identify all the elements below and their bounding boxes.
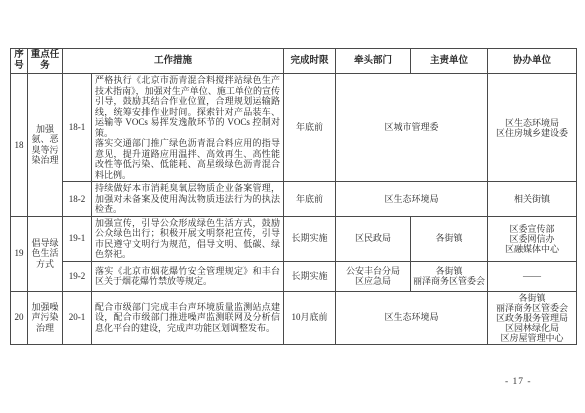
cell-measure: 加强宣传，引导公众形成绿色生活方式，鼓励公众绿色出行；积极开展文明祭祀宣传，引导… [92,216,284,261]
cell-sub-no: 19-1 [63,216,92,261]
page-number: - 17 - [505,377,532,387]
cell-main: 各街镇 [411,216,488,261]
cell-task: 倡导绿色生活方式 [28,216,63,291]
cell-sub-no: 19-2 [63,261,92,291]
col-header-main: 主责单位 [411,49,488,74]
table-row: 19 倡导绿色生活方式 19-1 加强宣传，引导公众形成绿色生活方式，鼓励公众绿… [11,216,577,261]
cell-deadline: 长期实施 [284,261,336,291]
cell-main: 各街镇 丽泽商务区管委会 [411,261,488,291]
cell-measure: 严格执行《北京市沥青混合料搅拌站绿色生产技术指南》，加强对生产单位、施工单位的宣… [92,74,284,182]
cell-assist: 各街镇 丽泽商务区管委会 区政务服务管理局 区园林绿化局 区房屋管理中心 [488,291,577,344]
cell-deadline: 年底前 [284,182,336,217]
cell-assist: 区委宣传部 区委网信办 区融媒体中心 [488,216,577,261]
cell-measure: 落实《北京市烟花爆竹安全管理规定》和丰台区关于烟花爆竹禁放等规定。 [92,261,284,291]
cell-measure: 配合市级部门完成丰台声环境质量监测站点建设，配合市级部门推进噪声监测联网及分析信… [92,291,284,344]
table-row: 18-2 持续做好本市消耗臭氧层物质企业备案管理，加强对未备案及使用淘汰物质违法… [11,182,577,217]
cell-lead-main: 区生态环境局 [336,182,488,217]
cell-assist: —— [488,261,577,291]
cell-assist: 相关街镇 [488,182,577,217]
table-row: 19-2 落实《北京市烟花爆竹安全管理规定》和丰台区关于烟花爆竹禁放等规定。 长… [11,261,577,291]
col-header-task: 重点任务 [28,49,63,74]
col-header-deadline: 完成时限 [284,49,336,74]
col-header-measure: 工作措施 [63,49,284,74]
table-header-row: 序号 重点任务 工作措施 完成时限 牵头部门 主责单位 协办单位 [11,49,577,74]
cell-lead-main: 区生态环境局 [336,291,488,344]
col-header-lead: 牵头部门 [336,49,411,74]
cell-seq: 19 [11,216,28,291]
cell-lead: 区民政局 [336,216,411,261]
cell-deadline: 年底前 [284,74,336,182]
cell-task: 加强氨、恶臭等污染治理 [28,74,63,217]
cell-sub-no: 18-2 [63,182,92,217]
cell-seq: 20 [11,291,28,344]
table-row: 20 加强噪声污染治理 20-1 配合市级部门完成丰台声环境质量监测站点建设，配… [11,291,577,344]
cell-assist: 区生态环境局 区住房城乡建设委 [488,74,577,182]
cell-deadline: 10月底前 [284,291,336,344]
cell-deadline: 长期实施 [284,216,336,261]
table-row: 18 加强氨、恶臭等污染治理 18-1 严格执行《北京市沥青混合料搅拌站绿色生产… [11,74,577,182]
work-plan-table: 序号 重点任务 工作措施 完成时限 牵头部门 主责单位 协办单位 18 加强氨、… [10,48,577,345]
cell-seq: 18 [11,74,28,217]
cell-sub-no: 20-1 [63,291,92,344]
col-header-seq: 序号 [11,49,28,74]
cell-lead-main: 区城市管理委 [336,74,488,182]
cell-lead: 公安丰台分局 区应急局 [336,261,411,291]
cell-task: 加强噪声污染治理 [28,291,63,344]
document-page: 序号 重点任务 工作措施 完成时限 牵头部门 主责单位 协办单位 18 加强氨、… [0,0,585,413]
col-header-assist: 协办单位 [488,49,577,74]
cell-measure: 持续做好本市消耗臭氧层物质企业备案管理，加强对未备案及使用淘汰物质违法行为的执法… [92,182,284,217]
cell-sub-no: 18-1 [63,74,92,182]
